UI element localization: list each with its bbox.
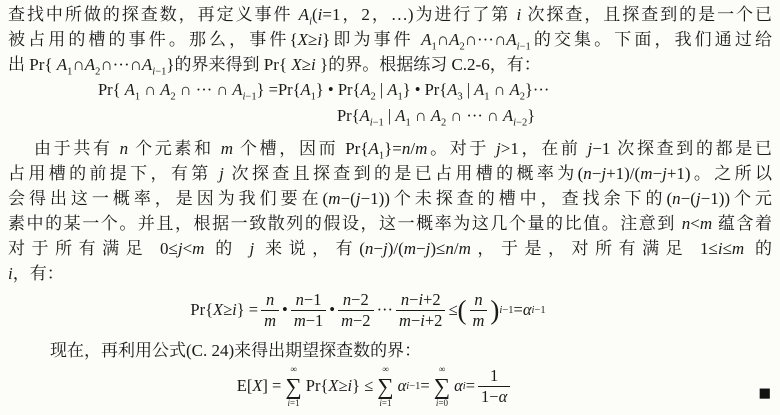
text-line: 被占用的槽的事件。那么，事件{X≥i}即为事件 A1∩A2∩···∩Ai−1的交… xyxy=(8,27,772,52)
text-line: 素中的某一个。并且，根据一致散列的假设，这一概率为这几个量的比值。注意到 n<m… xyxy=(8,211,772,236)
paragraph-1: 查找中所做的探查数，再定义事件 Ai(i=1，2，…)为进行了第 i 次探查，且… xyxy=(8,2,772,77)
equation-chain-rule-line2: Pr{Ai−1 | A1 ∩ A2 ∩ ··· ∩ Ai−2} xyxy=(337,106,535,128)
qed-marker: ■ xyxy=(758,383,771,404)
text-line: 查找中所做的探查数，再定义事件 Ai(i=1，2，…)为进行了第 i 次探查，且… xyxy=(8,2,772,27)
equation-probability-bound: Pr{X ≥ i} =nm • n−1m−1 • n−2m−2···n−i+2m… xyxy=(0,286,758,334)
text-line: 由于共有 n 个元素和 m 个槽，因而 Pr{A1}=n/m。对于 j>1，在前… xyxy=(8,136,772,161)
text-line: 会得出这一概率，是因为我们要在(m−(j−1))个未探查的槽中，查找余下的(n−… xyxy=(8,186,772,211)
paragraph-2: 由于共有 n 个元素和 m 个槽，因而 Pr{A1}=n/m。对于 j>1，在前… xyxy=(8,136,772,286)
text-line: 对于所有满足 0≤j<m 的 j 来说，有(n−j)/(m−j)≤n/m，于是，… xyxy=(8,236,772,261)
equation-expected-probes: E[X] = ∞∑i=1Pr{X ≥ i} ≤ ∞∑i=1αi−1 = ∞∑i=… xyxy=(0,360,765,412)
text-line: 占用槽的前提下，有第 j 次探查且探查到的是已占用槽的概率为(n−j+1)/(m… xyxy=(8,161,772,186)
text-line: 出 Pr{ A1∩A2∩···∩Ai−1}的界来得到 Pr{ X≥i }的界。根… xyxy=(8,52,772,77)
text-line: i，有： xyxy=(8,261,772,286)
document-page: 查找中所做的探查数，再定义事件 Ai(i=1，2，…)为进行了第 i 次探查，且… xyxy=(0,0,780,415)
equation-chain-rule-line1: Pr{ A1 ∩ A2 ∩ ··· ∩ Ai−1} =Pr{A1} • Pr{A… xyxy=(98,80,549,102)
